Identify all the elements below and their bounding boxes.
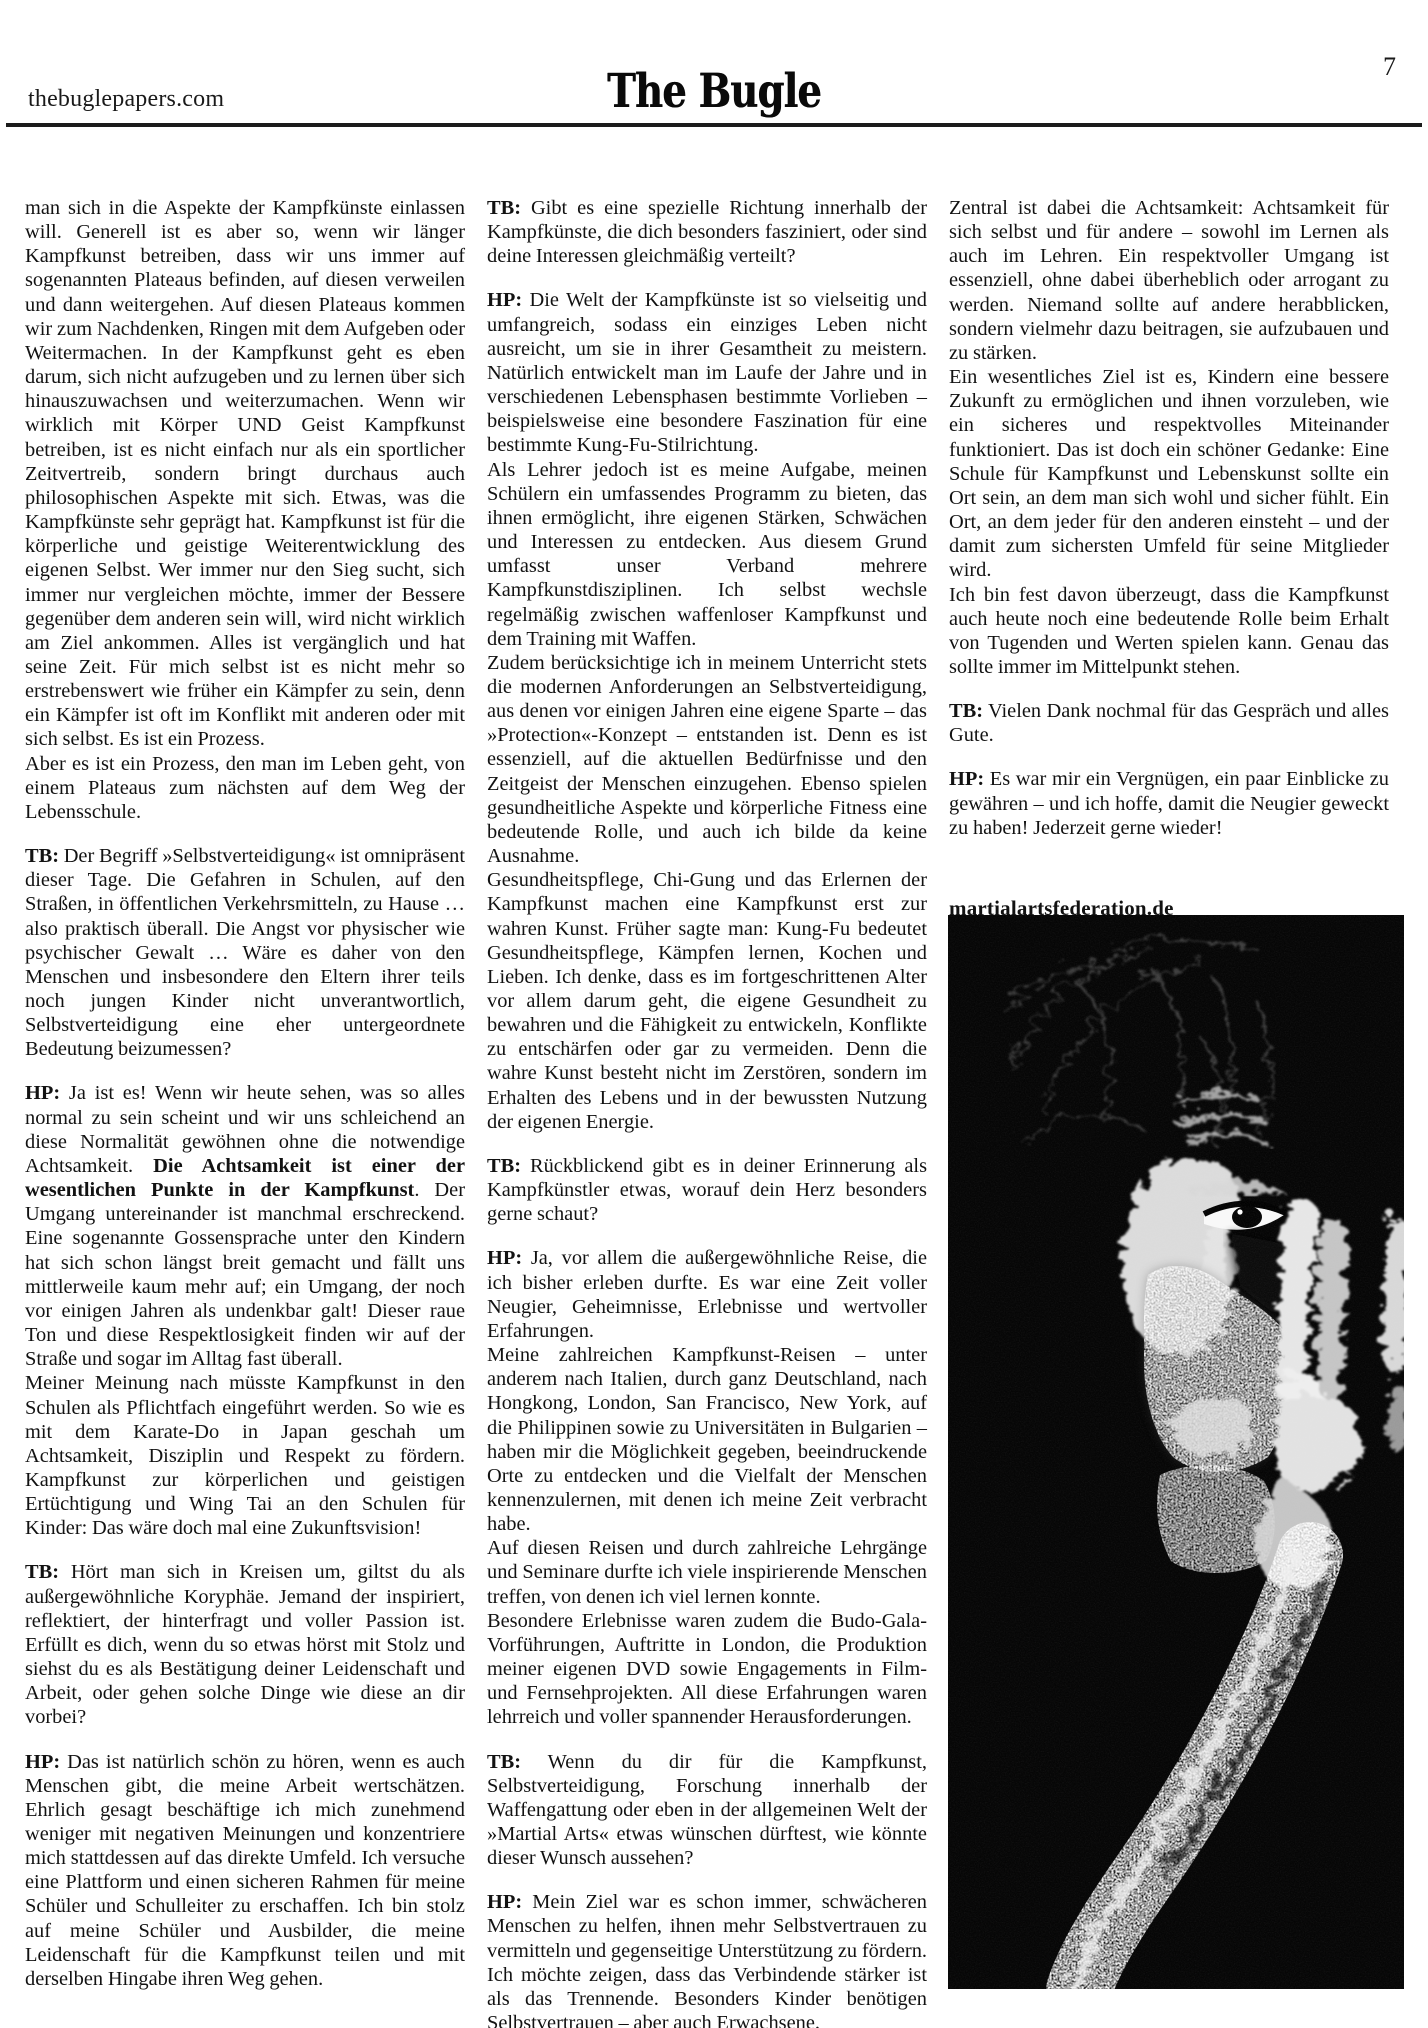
text-run: Meine zahlreichen Kampfkunst-Reisen – un… [487,1344,927,1535]
article-paragraph: Aber es ist ein Prozess, den man im Lebe… [25,752,465,824]
text-run: man sich in die Aspekte der Kampfkünste … [25,197,465,750]
portrait-photo [948,915,1404,1989]
bold-run: TB: [25,845,59,867]
article-paragraph: TB: Vielen Dank nochmal für das Gespräch… [949,699,1389,747]
text-run: Wenn du dir für die Kampfkunst, Selbstve… [487,1751,927,1870]
article-column-1: man sich in die Aspekte der Kampfkünste … [25,196,465,1991]
text-run: Der Begriff »Selbstverteidigung« ist omn… [25,845,465,1060]
article-paragraph: Meiner Meinung nach müsste Kampfkunst in… [25,1371,465,1540]
article-paragraph: Als Lehrer jedoch ist es meine Aufgabe, … [487,458,927,651]
article-paragraph: Zudem berücksichtige ich in meinem Unter… [487,651,927,868]
text-run: Meiner Meinung nach müsste Kampfkunst in… [25,1372,465,1539]
bold-run: TB: [487,1155,521,1177]
text-run: Gesundheitspflege, Chi-Gung und das Erle… [487,869,927,1133]
film-grain [948,915,1404,1989]
article-paragraph: Zentral ist dabei die Achtsamkeit: Achts… [949,196,1389,365]
article-paragraph: TB: Rückblickend gibt es in deiner Erinn… [487,1154,927,1226]
article-paragraph: Ich bin fest davon überzeugt, dass die K… [949,583,1389,680]
text-run: Auf diesen Reisen und durch zahlreiche L… [487,1537,927,1607]
text-run: Aber es ist ein Prozess, den man im Lebe… [25,753,465,823]
article-paragraph: Ein wesentliches Ziel ist es, Kindern ei… [949,365,1389,582]
page-number: 7 [1383,52,1396,82]
bold-run: TB: [949,700,983,722]
article-paragraph: HP: Es war mir ein Vergnügen, ein paar E… [949,767,1389,839]
text-run: Ein wesentliches Ziel ist es, Kindern ei… [949,366,1389,581]
text-run: Gibt es eine spezielle Richtung innerhal… [487,197,927,267]
article-paragraph: TB: Wenn du dir für die Kampfkunst, Selb… [487,1750,927,1871]
bold-run: HP: [487,289,522,311]
bold-run: HP: [949,768,984,790]
newspaper-page: { "header": { "site": "thebuglepapers.co… [0,0,1428,2028]
article-paragraph: TB: Gibt es eine spezielle Richtung inne… [487,196,927,268]
article-paragraph: HP: Das ist natürlich schön zu hören, we… [25,1750,465,1992]
article-paragraph: HP: Ja ist es! Wenn wir heute sehen, was… [25,1081,465,1371]
bold-run: TB: [487,1751,521,1773]
article-paragraph: HP: Mein Ziel war es schon immer, schwäc… [487,1890,927,2028]
text-run: Hört man sich in Kreisen um, giltst du a… [25,1561,465,1728]
article-paragraph: Gesundheitspflege, Chi-Gung und das Erle… [487,868,927,1134]
text-run: Zentral ist dabei die Achtsamkeit: Achts… [949,197,1389,364]
text-run: Als Lehrer jedoch ist es meine Aufgabe, … [487,459,927,650]
article-paragraph: Meine zahlreichen Kampfkunst-Reisen – un… [487,1343,927,1536]
bold-run: HP: [487,1247,522,1269]
text-run: Besondere Erlebnisse waren zudem die Bud… [487,1610,927,1729]
article-column-3: Zentral ist dabei die Achtsamkeit: Achts… [949,196,1389,920]
bold-run: HP: [25,1082,60,1104]
article-paragraph: Auf diesen Reisen und durch zahlreiche L… [487,1536,927,1608]
text-run: Rückblickend gibt es in deiner Erinnerun… [487,1155,927,1225]
text-run: Das ist natürlich schön zu hören, wenn e… [25,1751,465,1990]
article-paragraph: TB: Der Begriff »Selbstverteidigung« ist… [25,844,465,1061]
text-run: . Der Umgang untereinander ist manchmal … [25,1179,465,1370]
text-run: Vielen Dank nochmal für das Gespräch und… [949,700,1389,746]
text-run: Ich bin fest davon überzeugt, dass die K… [949,584,1389,678]
article-column-2: TB: Gibt es eine spezielle Richtung inne… [487,196,927,2028]
text-run: Zudem berücksichtige ich in meinem Unter… [487,652,927,867]
bold-run: HP: [25,1751,60,1773]
portrait-photo-art [948,915,1404,1989]
text-run: Die Welt der Kampfkünste ist so vielseit… [487,289,927,456]
header-rule [6,123,1422,127]
text-run: Mein Ziel war es schon immer, schwächere… [487,1891,927,2028]
bold-run: HP: [487,1891,522,1913]
article-paragraph: Besondere Erlebnisse waren zudem die Bud… [487,1609,927,1730]
text-run: Ja, vor allem die außergewöhnliche Reise… [487,1247,927,1341]
article-paragraph: HP: Ja, vor allem die außergewöhnliche R… [487,1246,927,1343]
bold-run: TB: [25,1561,59,1583]
article-paragraph: man sich in die Aspekte der Kampfkünste … [25,196,465,752]
article-paragraph: HP: Die Welt der Kampfkünste ist so viel… [487,288,927,457]
site-url: thebuglepapers.com [28,86,224,113]
text-run: Es war mir ein Vergnügen, ein paar Einbl… [949,768,1389,838]
bold-run: TB: [487,197,521,219]
masthead-title: The Bugle [586,64,843,119]
article-paragraph: TB: Hört man sich in Kreisen um, giltst … [25,1560,465,1729]
